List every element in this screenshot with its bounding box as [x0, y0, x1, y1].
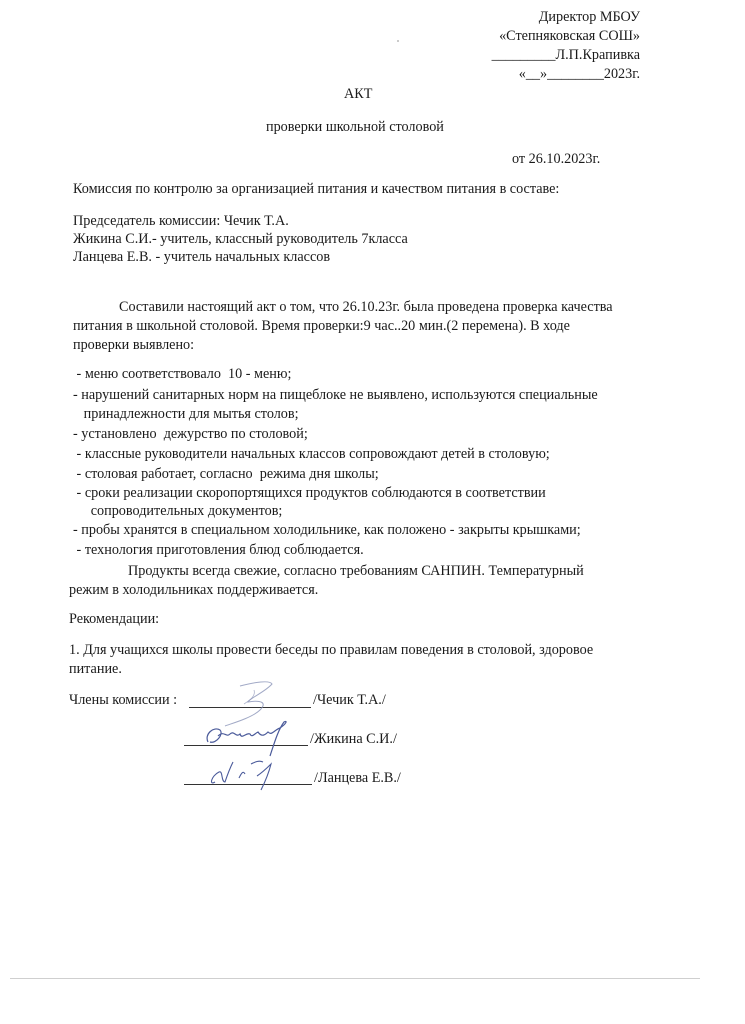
- signatory-name: /Чечик Т.А./: [313, 691, 386, 709]
- document-date: от 26.10.2023г.: [512, 150, 600, 168]
- recommendations-heading: Рекомендации:: [69, 610, 159, 628]
- signatures-label: Члены комиссии :: [69, 691, 177, 709]
- finding-item: - столовая работает, согласно режима дня…: [73, 465, 379, 483]
- finding-item: - меню соответствовало 10 - меню;: [73, 365, 291, 383]
- recommendation-item: 1. Для учащихся школы провести беседы по…: [69, 641, 593, 659]
- paragraph-line: проверки выявлено:: [73, 336, 194, 354]
- finding-item: - установлено дежурство по столовой;: [73, 425, 308, 443]
- approval-line-4: «__»________2023г.: [519, 65, 640, 83]
- finding-item: принадлежности для мытья столов;: [73, 405, 299, 423]
- commission-intro: Комиссия по контролю за организацией пит…: [73, 180, 559, 198]
- approval-line-1: Директор МБОУ: [539, 8, 640, 26]
- handwritten-signature-icon: [205, 752, 295, 792]
- paragraph-line: питания в школьной столовой. Время прове…: [73, 317, 570, 335]
- commission-member: Жикина С.И.- учитель, классный руководит…: [73, 230, 408, 248]
- scan-edge-line: [10, 978, 700, 979]
- finding-item: - классные руководители начальных классо…: [73, 445, 550, 463]
- finding-item: - сроки реализации скоропортящихся проду…: [73, 484, 546, 502]
- commission-member: Председатель комиссии: Чечик Т.А.: [73, 212, 289, 230]
- commission-member: Ланцева Е.В. - учитель начальных классов: [73, 248, 330, 266]
- paragraph-line: Составили настоящий акт о том, что 26.10…: [119, 298, 613, 316]
- conclusion-line: режим в холодильниках поддерживается.: [69, 581, 318, 599]
- signatory-name: /Ланцева Е.В./: [314, 769, 401, 787]
- approval-line-2: «Степняковская СОШ»: [499, 27, 640, 45]
- finding-item: сопроводительных документов;: [73, 502, 282, 520]
- document-title: АКТ: [344, 85, 372, 103]
- finding-item: - пробы хранятся в специальном холодильн…: [73, 521, 581, 539]
- scan-speck: [397, 40, 399, 42]
- approval-line-3: _________Л.П.Крапивка: [492, 46, 640, 64]
- finding-item: - нарушений санитарных норм на пищеблоке…: [73, 386, 598, 404]
- conclusion-line: Продукты всегда свежие, согласно требова…: [128, 562, 584, 580]
- finding-item: - технология приготовления блюд соблюдае…: [73, 541, 364, 559]
- signatory-name: /Жикина С.И./: [310, 730, 397, 748]
- document-subtitle: проверки школьной столовой: [266, 118, 444, 136]
- recommendation-item: питание.: [69, 660, 122, 678]
